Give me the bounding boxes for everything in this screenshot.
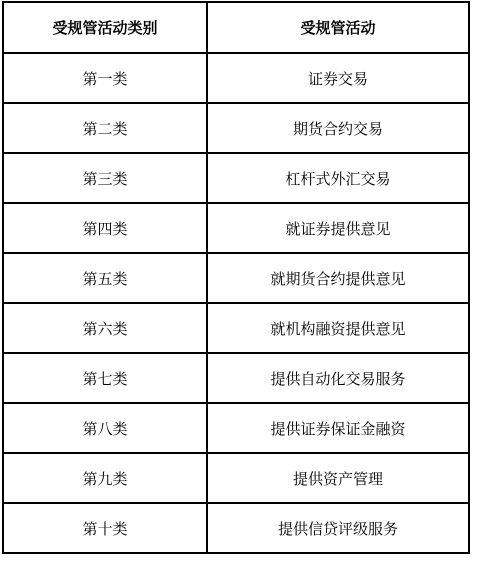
cell-activity: 就证券提供意见 bbox=[207, 203, 469, 253]
table-row: 第四类 就证券提供意见 bbox=[3, 203, 469, 253]
table-row: 第十类 提供信贷评级服务 bbox=[3, 503, 469, 553]
cell-activity: 杠杆式外汇交易 bbox=[207, 153, 469, 203]
table-row: 第七类 提供自动化交易服务 bbox=[3, 353, 469, 403]
cell-category: 第四类 bbox=[3, 203, 207, 253]
header-activity: 受规管活动 bbox=[207, 2, 469, 53]
cell-category: 第三类 bbox=[3, 153, 207, 203]
table-body: 第一类 证券交易 第二类 期货合约交易 第三类 杠杆式外汇交易 第四类 就证券提… bbox=[3, 53, 469, 553]
table-row: 第九类 提供资产管理 bbox=[3, 453, 469, 503]
table-row: 第六类 就机构融资提供意见 bbox=[3, 303, 469, 353]
cell-activity: 提供信贷评级服务 bbox=[207, 503, 469, 553]
cell-activity: 提供自动化交易服务 bbox=[207, 353, 469, 403]
table-row: 第一类 证券交易 bbox=[3, 53, 469, 103]
cell-category: 第一类 bbox=[3, 53, 207, 103]
cell-category: 第六类 bbox=[3, 303, 207, 353]
table-row: 第八类 提供证券保证金融资 bbox=[3, 403, 469, 453]
cell-category: 第二类 bbox=[3, 103, 207, 153]
cell-activity: 证券交易 bbox=[207, 53, 469, 103]
table-row: 第二类 期货合约交易 bbox=[3, 103, 469, 153]
regulated-activities-table: 受规管活动类别 受规管活动 第一类 证券交易 第二类 期货合约交易 第三类 杠杆… bbox=[2, 1, 470, 554]
cell-activity: 期货合约交易 bbox=[207, 103, 469, 153]
cell-category: 第五类 bbox=[3, 253, 207, 303]
cell-activity: 提供证券保证金融资 bbox=[207, 403, 469, 453]
cell-category: 第七类 bbox=[3, 353, 207, 403]
cell-category: 第九类 bbox=[3, 453, 207, 503]
header-category: 受规管活动类别 bbox=[3, 2, 207, 53]
cell-activity: 就机构融资提供意见 bbox=[207, 303, 469, 353]
cell-activity: 就期货合约提供意见 bbox=[207, 253, 469, 303]
table-row: 第三类 杠杆式外汇交易 bbox=[3, 153, 469, 203]
cell-category: 第八类 bbox=[3, 403, 207, 453]
table-header-row: 受规管活动类别 受规管活动 bbox=[3, 2, 469, 53]
cell-category: 第十类 bbox=[3, 503, 207, 553]
cell-activity: 提供资产管理 bbox=[207, 453, 469, 503]
table-row: 第五类 就期货合约提供意见 bbox=[3, 253, 469, 303]
